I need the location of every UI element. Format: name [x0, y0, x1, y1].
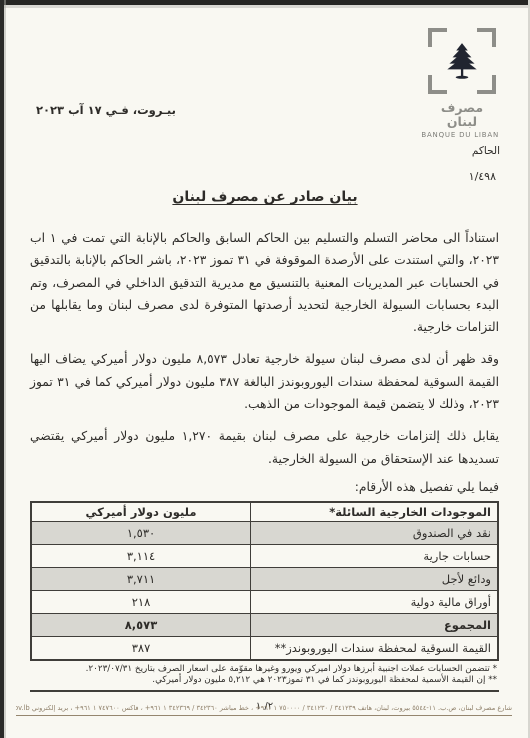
footer-contact-line: شارع مصرف لبنان، ص.ب. ١١-٥٥٤٤ بيروت، لبن…	[16, 704, 512, 716]
row-label: أوراق مالية دولية	[251, 590, 499, 613]
scan-edge-left-shadow	[4, 0, 6, 738]
reference-number: ١/٤٩٨	[469, 170, 496, 183]
table-row: نقد في الصندوق ١,٥٣٠	[31, 521, 498, 544]
row-label: نقد في الصندوق	[251, 521, 499, 544]
body-paragraph: يقابل ذلك إلتزامات خارجية على مصرف لبنان…	[30, 425, 499, 470]
table-row: حسابات جارية ٣,١١٤	[31, 544, 498, 567]
body-paragraph: استناداً الى محاضر التسلم والتسليم بين ا…	[30, 227, 499, 338]
liquid-foreign-assets-table: الموجودات الخارجية السائلة* مليون دولار …	[30, 501, 499, 661]
cedar-tree-icon	[441, 40, 483, 82]
table-header-value: مليون دولار أميركي	[31, 502, 251, 522]
row-value: ٢١٨	[31, 590, 251, 613]
governor-label: الحاكم	[472, 145, 500, 157]
row-value: ١,٥٣٠	[31, 521, 251, 544]
date-line: بيـروت، فـي ١٧ آب ٢٠٢٣	[36, 103, 176, 117]
table-row: المجموع ٨,٥٧٣	[31, 613, 498, 636]
row-label: القيمة السوقية لمحفظة سندات اليوروبوندز*…	[251, 636, 499, 660]
assets-table-body: نقد في الصندوق ١,٥٣٠ حسابات جارية ٣,١١٤ …	[31, 521, 498, 660]
table-row: ودائع لأجل ٣,٧١١	[31, 567, 498, 590]
row-label: المجموع	[251, 613, 499, 636]
bdl-logo: مصرف لبنان BANQUE DU LIBAN	[425, 28, 499, 139]
scan-edge-top-shadow	[0, 5, 530, 8]
row-value: ٣,١١٤	[31, 544, 251, 567]
row-value: ٣,٧١١	[31, 567, 251, 590]
table-intro-line: فيما يلي تفصيل هذه الأرقام:	[30, 480, 499, 494]
scanned-document-page: مصرف لبنان BANQUE DU LIBAN بيـروت، فـي ١…	[0, 0, 530, 738]
row-label: حسابات جارية	[251, 544, 499, 567]
row-value: ٨,٥٧٣	[31, 613, 251, 636]
footnote: * تتضمن الحسابات عملات اجنبية أبرزها دول…	[32, 664, 497, 676]
document-body: استناداً الى محاضر التسلم والتسليم بين ا…	[30, 227, 499, 712]
logo-arabic-name: مصرف لبنان	[425, 101, 499, 129]
body-paragraph: وقد ظهر أن لدى مصرف لبنان سيولة خارجية ت…	[30, 348, 499, 415]
logo-french-name: BANQUE DU LIBAN	[425, 131, 499, 139]
table-header-label: الموجودات الخارجية السائلة*	[251, 502, 499, 522]
table-row: أوراق مالية دولية ٢١٨	[31, 590, 498, 613]
document-title: بيان صادر عن مصرف لبنان	[0, 189, 530, 205]
row-value: ٣٨٧	[31, 636, 251, 660]
table-header-row: الموجودات الخارجية السائلة* مليون دولار …	[31, 502, 498, 522]
row-label: ودائع لأجل	[251, 567, 499, 590]
paragraphs: استناداً الى محاضر التسلم والتسليم بين ا…	[30, 227, 499, 470]
footnote: ** إن القيمة الأسمية لمحفظة اليوروبوندز …	[32, 675, 497, 687]
footnotes-block: * تتضمن الحسابات عملات اجنبية أبرزها دول…	[30, 663, 499, 692]
logo-bracket-frame	[428, 28, 496, 94]
table-row: القيمة السوقية لمحفظة سندات اليوروبوندز*…	[31, 636, 498, 660]
